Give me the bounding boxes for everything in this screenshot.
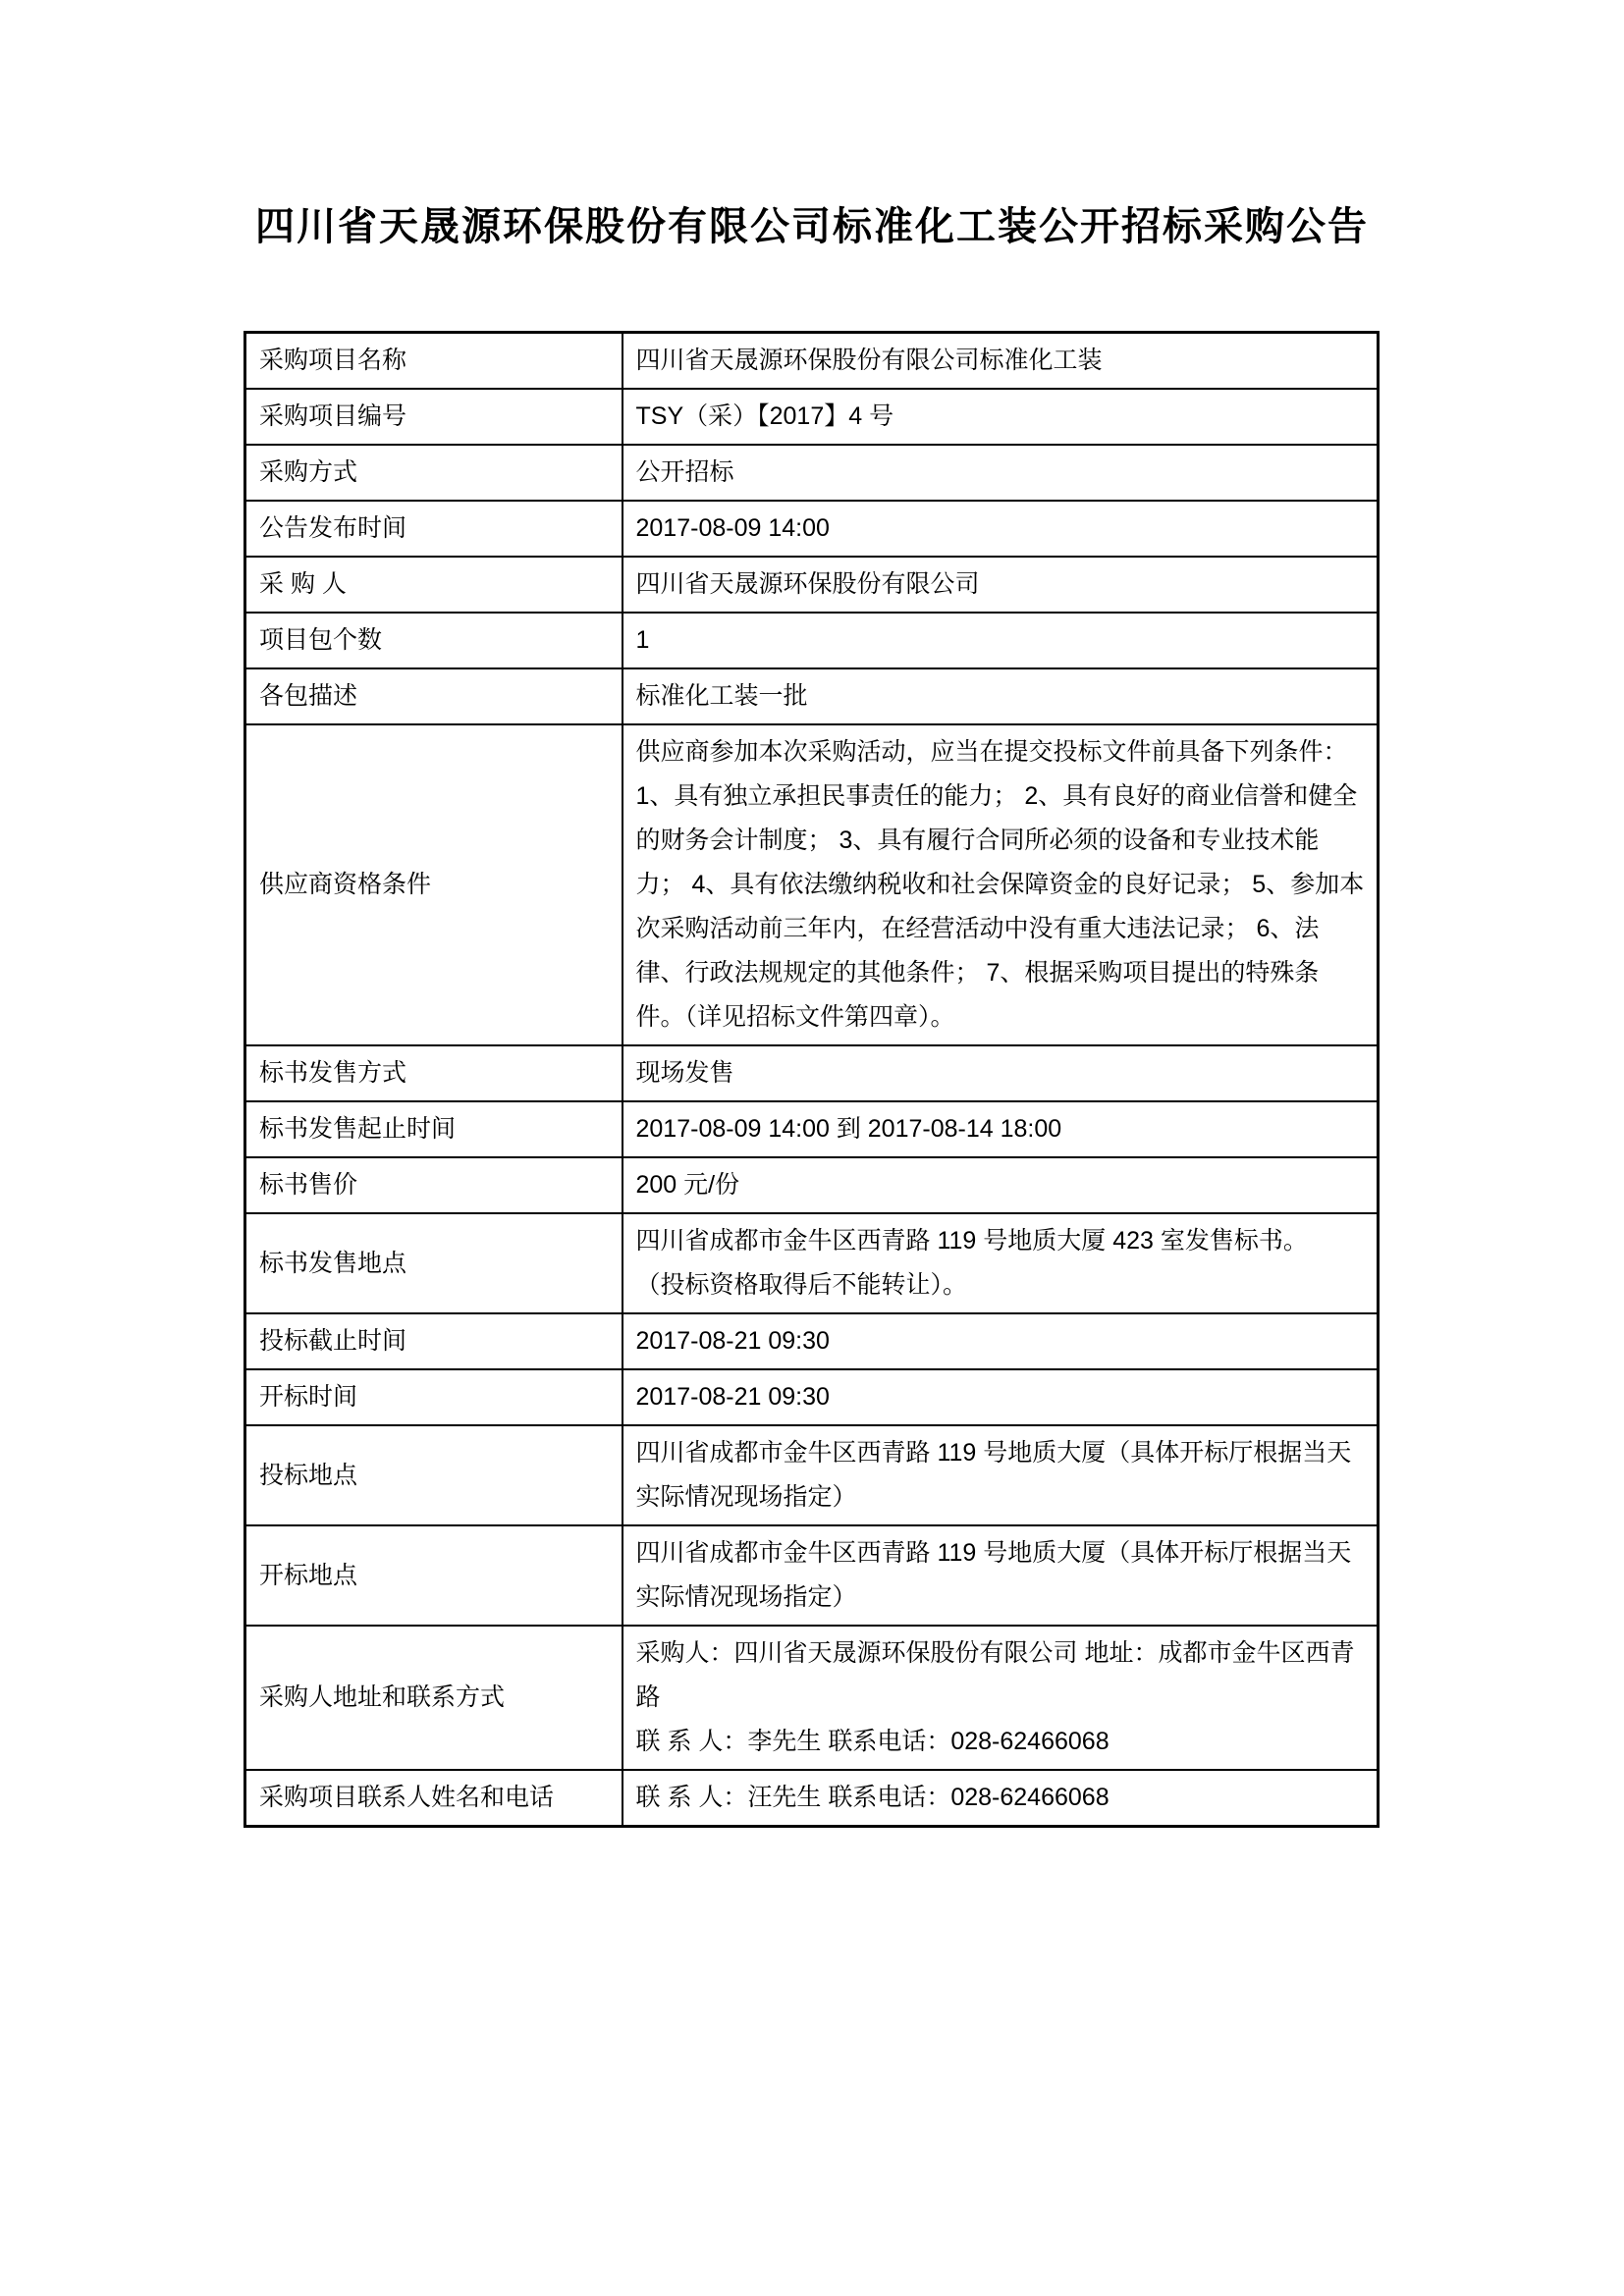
table-row: 采购项目名称 四川省天晟源环保股份有限公司标准化工装 [245, 333, 1379, 390]
row-value: 1 [623, 613, 1379, 668]
row-label: 采购项目编号 [245, 389, 623, 445]
table-row: 投标截止时间 2017-08-21 09:30 [245, 1313, 1379, 1369]
row-label: 投标截止时间 [245, 1313, 623, 1369]
table-row: 标书售价 200 元/份 [245, 1157, 1379, 1213]
row-value: 2017-08-21 09:30 [623, 1369, 1379, 1425]
row-label: 采购项目联系人姓名和电话 [245, 1770, 623, 1827]
document-page: 四川省天晟源环保股份有限公司标准化工装公开招标采购公告 采购项目名称 四川省天晟… [0, 0, 1624, 2296]
table-row: 公告发布时间 2017-08-09 14:00 [245, 501, 1379, 557]
row-value: 200 元/份 [623, 1157, 1379, 1213]
table-row: 各包描述 标准化工装一批 [245, 668, 1379, 724]
row-label: 标书发售方式 [245, 1045, 623, 1101]
table-row: 采购人地址和联系方式 采购人：四川省天晟源环保股份有限公司 地址：成都市金牛区西… [245, 1626, 1379, 1770]
row-label: 各包描述 [245, 668, 623, 724]
row-label: 标书发售地点 [245, 1213, 623, 1313]
row-value: 四川省成都市金牛区西青路 119 号地质大厦 423 室发售标书。 （投标资格取… [623, 1213, 1379, 1313]
row-value: 公开招标 [623, 445, 1379, 501]
table-row: 供应商资格条件 供应商参加本次采购活动，应当在提交投标文件前具备下列条件： 1、… [245, 724, 1379, 1045]
row-label: 项目包个数 [245, 613, 623, 668]
table-row: 标书发售地点 四川省成都市金牛区西青路 119 号地质大厦 423 室发售标书。… [245, 1213, 1379, 1313]
row-value: 四川省天晟源环保股份有限公司标准化工装 [623, 333, 1379, 390]
row-value: 四川省成都市金牛区西青路 119 号地质大厦（具体开标厅根据当天实际情况现场指定… [623, 1425, 1379, 1525]
row-label: 标书售价 [245, 1157, 623, 1213]
table-body: 采购项目名称 四川省天晟源环保股份有限公司标准化工装 采购项目编号 TSY（采）… [245, 333, 1379, 1827]
table-row: 投标地点 四川省成都市金牛区西青路 119 号地质大厦（具体开标厅根据当天实际情… [245, 1425, 1379, 1525]
row-value: 四川省天晟源环保股份有限公司 [623, 557, 1379, 613]
row-label: 开标时间 [245, 1369, 623, 1425]
table-row: 采购方式 公开招标 [245, 445, 1379, 501]
row-label: 标书发售起止时间 [245, 1101, 623, 1157]
table-row: 标书发售方式 现场发售 [245, 1045, 1379, 1101]
row-label: 公告发布时间 [245, 501, 623, 557]
table-row: 标书发售起止时间 2017-08-09 14:00 到 2017-08-14 1… [245, 1101, 1379, 1157]
row-label: 投标地点 [245, 1425, 623, 1525]
row-label: 开标地点 [245, 1525, 623, 1626]
row-value: 供应商参加本次采购活动，应当在提交投标文件前具备下列条件： 1、具有独立承担民事… [623, 724, 1379, 1045]
row-label: 采 购 人 [245, 557, 623, 613]
row-label: 采购方式 [245, 445, 623, 501]
row-value: 联 系 人：汪先生 联系电话：028-62466068 [623, 1770, 1379, 1827]
page-title: 四川省天晟源环保股份有限公司标准化工装公开招标采购公告 [0, 199, 1624, 254]
row-value: 2017-08-21 09:30 [623, 1313, 1379, 1369]
row-value: TSY（采）【2017】4 号 [623, 389, 1379, 445]
table-row: 项目包个数 1 [245, 613, 1379, 668]
row-label: 供应商资格条件 [245, 724, 623, 1045]
row-value: 2017-08-09 14:00 [623, 501, 1379, 557]
row-value: 四川省成都市金牛区西青路 119 号地质大厦（具体开标厅根据当天实际情况现场指定… [623, 1525, 1379, 1626]
row-value: 2017-08-09 14:00 到 2017-08-14 18:00 [623, 1101, 1379, 1157]
table-row: 开标时间 2017-08-21 09:30 [245, 1369, 1379, 1425]
table-row: 开标地点 四川省成都市金牛区西青路 119 号地质大厦（具体开标厅根据当天实际情… [245, 1525, 1379, 1626]
table-row: 采购项目编号 TSY（采）【2017】4 号 [245, 389, 1379, 445]
row-value: 现场发售 [623, 1045, 1379, 1101]
row-label: 采购人地址和联系方式 [245, 1626, 623, 1770]
table-row: 采 购 人 四川省天晟源环保股份有限公司 [245, 557, 1379, 613]
announcement-table: 采购项目名称 四川省天晟源环保股份有限公司标准化工装 采购项目编号 TSY（采）… [244, 331, 1380, 1828]
row-label: 采购项目名称 [245, 333, 623, 390]
table-row: 采购项目联系人姓名和电话 联 系 人：汪先生 联系电话：028-62466068 [245, 1770, 1379, 1827]
row-value: 采购人：四川省天晟源环保股份有限公司 地址：成都市金牛区西青路 联 系 人：李先… [623, 1626, 1379, 1770]
row-value: 标准化工装一批 [623, 668, 1379, 724]
